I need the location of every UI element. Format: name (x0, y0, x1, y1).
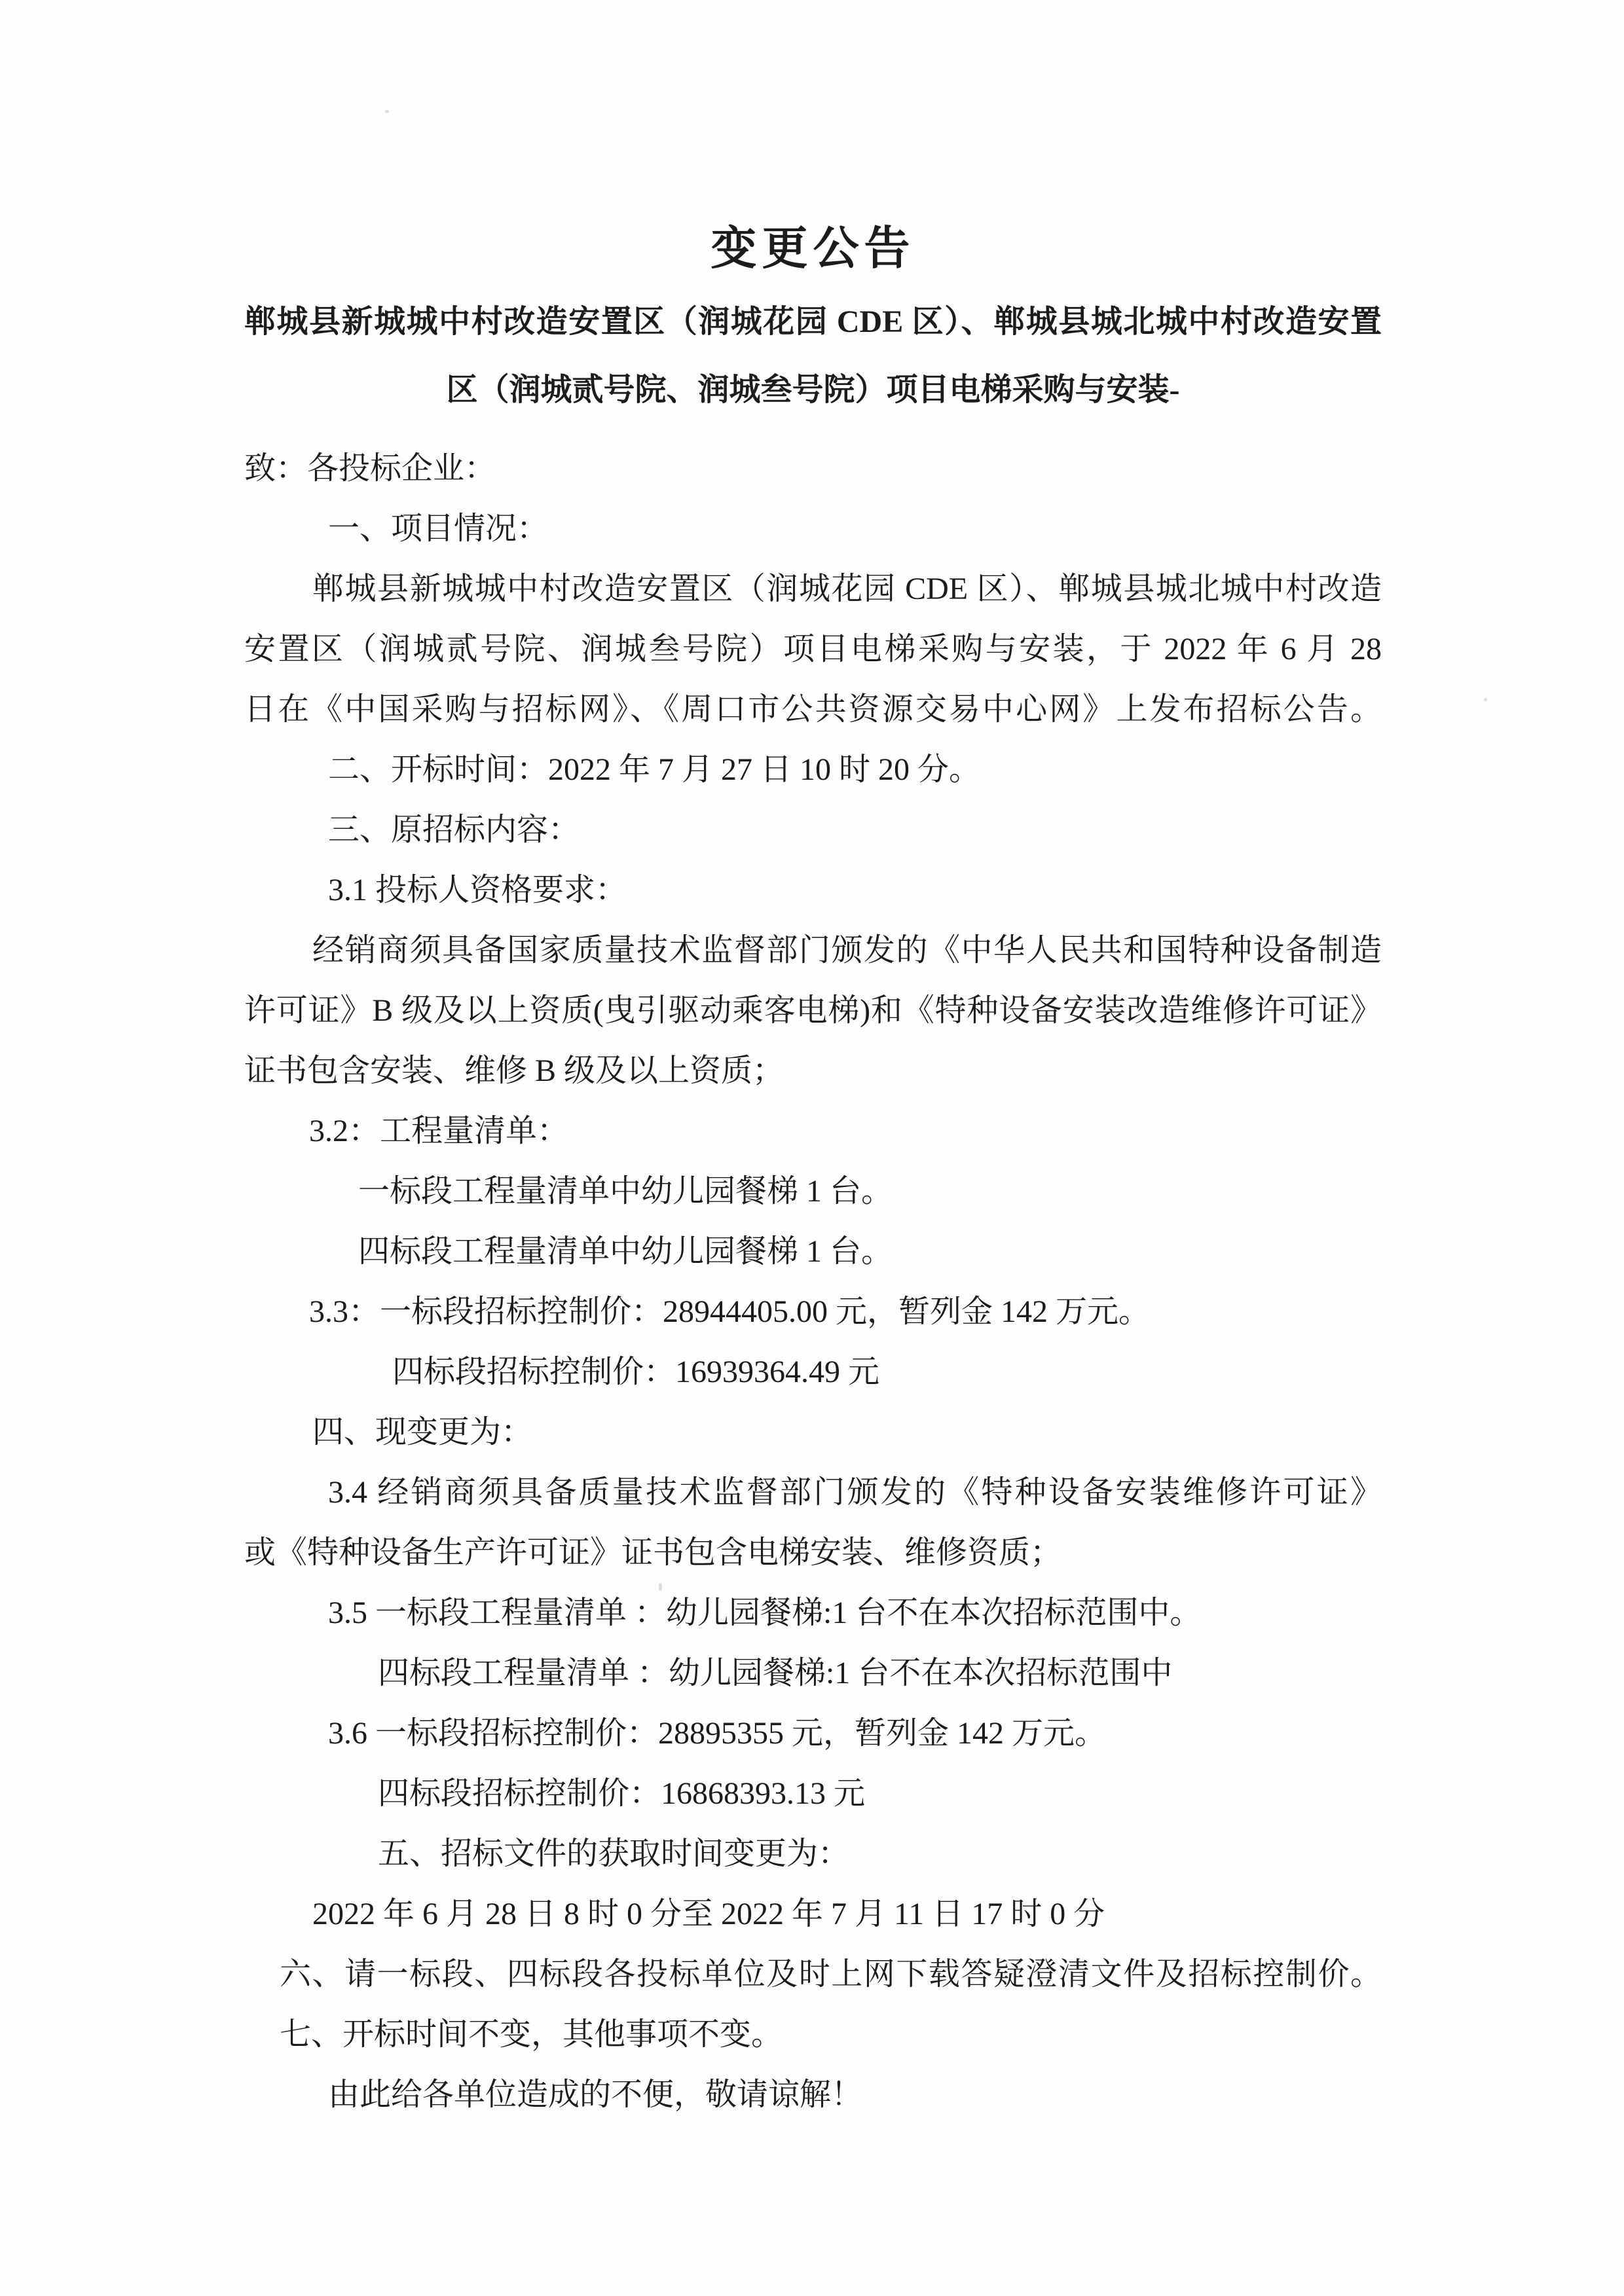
apology-line: 由此给各单位造成的不便，敬请谅解！ (244, 2065, 1382, 2125)
project-heading-line-1: 郸城县新城城中村改造安置区（润城花园 CDE 区）、郸城县城北城中村改造安置 (244, 288, 1382, 356)
section-5-heading: 五、招标文件的获取时间变更为： (244, 1824, 1382, 1884)
scan-speckle (1484, 698, 1487, 701)
section-1-heading: 一、项目情况： (244, 499, 1382, 559)
project-heading: 郸城县新城城中村改造安置区（润城花园 CDE 区）、郸城县城北城中村改造安置 区… (244, 288, 1382, 424)
boq-lot-4-line: 四标段工程量清单中幼儿园餐梯 1 台。 (244, 1222, 1382, 1282)
boq-lot-1-line: 一标段工程量清单中幼儿园餐梯 1 台。 (244, 1161, 1382, 1222)
clause-3-6-price-lot-4: 四标段招标控制价：16868393.13 元 (244, 1764, 1382, 1824)
salutation-line: 致：各投标企业： (244, 439, 1382, 499)
project-paragraph-line: 日在《中国采购与招标网》、《周口市公共资源交易中心网》上发布招标公告。 (244, 680, 1382, 740)
project-paragraph-line: 安置区（润城贰号院、润城叁号院）项目电梯采购与安装，于 2022 年 6 月 2… (244, 619, 1382, 680)
clause-3-3-price-lot-4: 四标段招标控制价：16939364.49 元 (244, 1342, 1382, 1402)
qualification-line: 经销商须具备国家质量技术监督部门颁发的《中华人民共和国特种设备制造 (244, 920, 1382, 981)
document-title: 变更公告 (244, 216, 1382, 283)
section-6-line: 六、请一标段、四标段各投标单位及时上网下载答疑澄清文件及招标控制价。 (244, 1944, 1382, 2005)
project-heading-line-2: 区（润城贰号院、润城叁号院）项目电梯采购与安装- (244, 356, 1382, 424)
clause-3-4-line: 或《特种设备生产许可证》证书包含电梯安装、维修资质； (244, 1523, 1382, 1583)
clause-3-4-line: 3.4 经销商须具备质量技术监督部门颁发的《特种设备安装维修许可证》 (244, 1463, 1382, 1523)
clause-3-6-price-lot-1: 3.6 一标段招标控制价：28895355 元，暂列金 142 万元。 (244, 1704, 1382, 1764)
project-paragraph-line: 郸城县新城城中村改造安置区（润城花园 CDE 区）、郸城县城北城中村改造 (244, 559, 1382, 619)
document-content: 变更公告 郸城县新城城中村改造安置区（润城花园 CDE 区）、郸城县城北城中村改… (244, 216, 1382, 2125)
section-4-heading: 四、现变更为： (244, 1402, 1382, 1463)
clause-3-2-heading: 3.2：工程量清单： (244, 1101, 1382, 1161)
clause-3-3-price-lot-1: 3.3：一标段招标控制价：28944405.00 元，暂列金 142 万元。 (244, 1282, 1382, 1342)
qualification-line: 许可证》B 级及以上资质(曳引驱动乘客电梯)和《特种设备安装改造维修许可证》 (244, 981, 1382, 1041)
scanned-document-page: 变更公告 郸城县新城城中村改造安置区（润城花园 CDE 区）、郸城县城北城中村改… (0, 0, 1624, 2296)
clause-3-1-heading: 3.1 投标人资格要求： (244, 860, 1382, 920)
clause-3-5-lot-1: 3.5 一标段工程量清单 ：幼儿园餐梯:1 台不在本次招标范围中。 (244, 1583, 1382, 1643)
scan-speckle (385, 110, 389, 113)
qualification-line: 证书包含安装、维修 B 级及以上资质； (244, 1041, 1382, 1101)
section-3-heading: 三、原招标内容： (244, 800, 1382, 860)
clause-3-5-lot-4: 四标段工程量清单 ：幼儿园餐梯:1 台不在本次招标范围中 (244, 1643, 1382, 1704)
section-7-line: 七、开标时间不变，其他事项不变。 (244, 2005, 1382, 2065)
section-2-heading: 二、开标时间：2022 年 7 月 27 日 10 时 20 分。 (244, 740, 1382, 800)
document-obtain-time-line: 2022 年 6 月 28 日 8 时 0 分至 2022 年 7 月 11 日… (244, 1884, 1382, 1944)
